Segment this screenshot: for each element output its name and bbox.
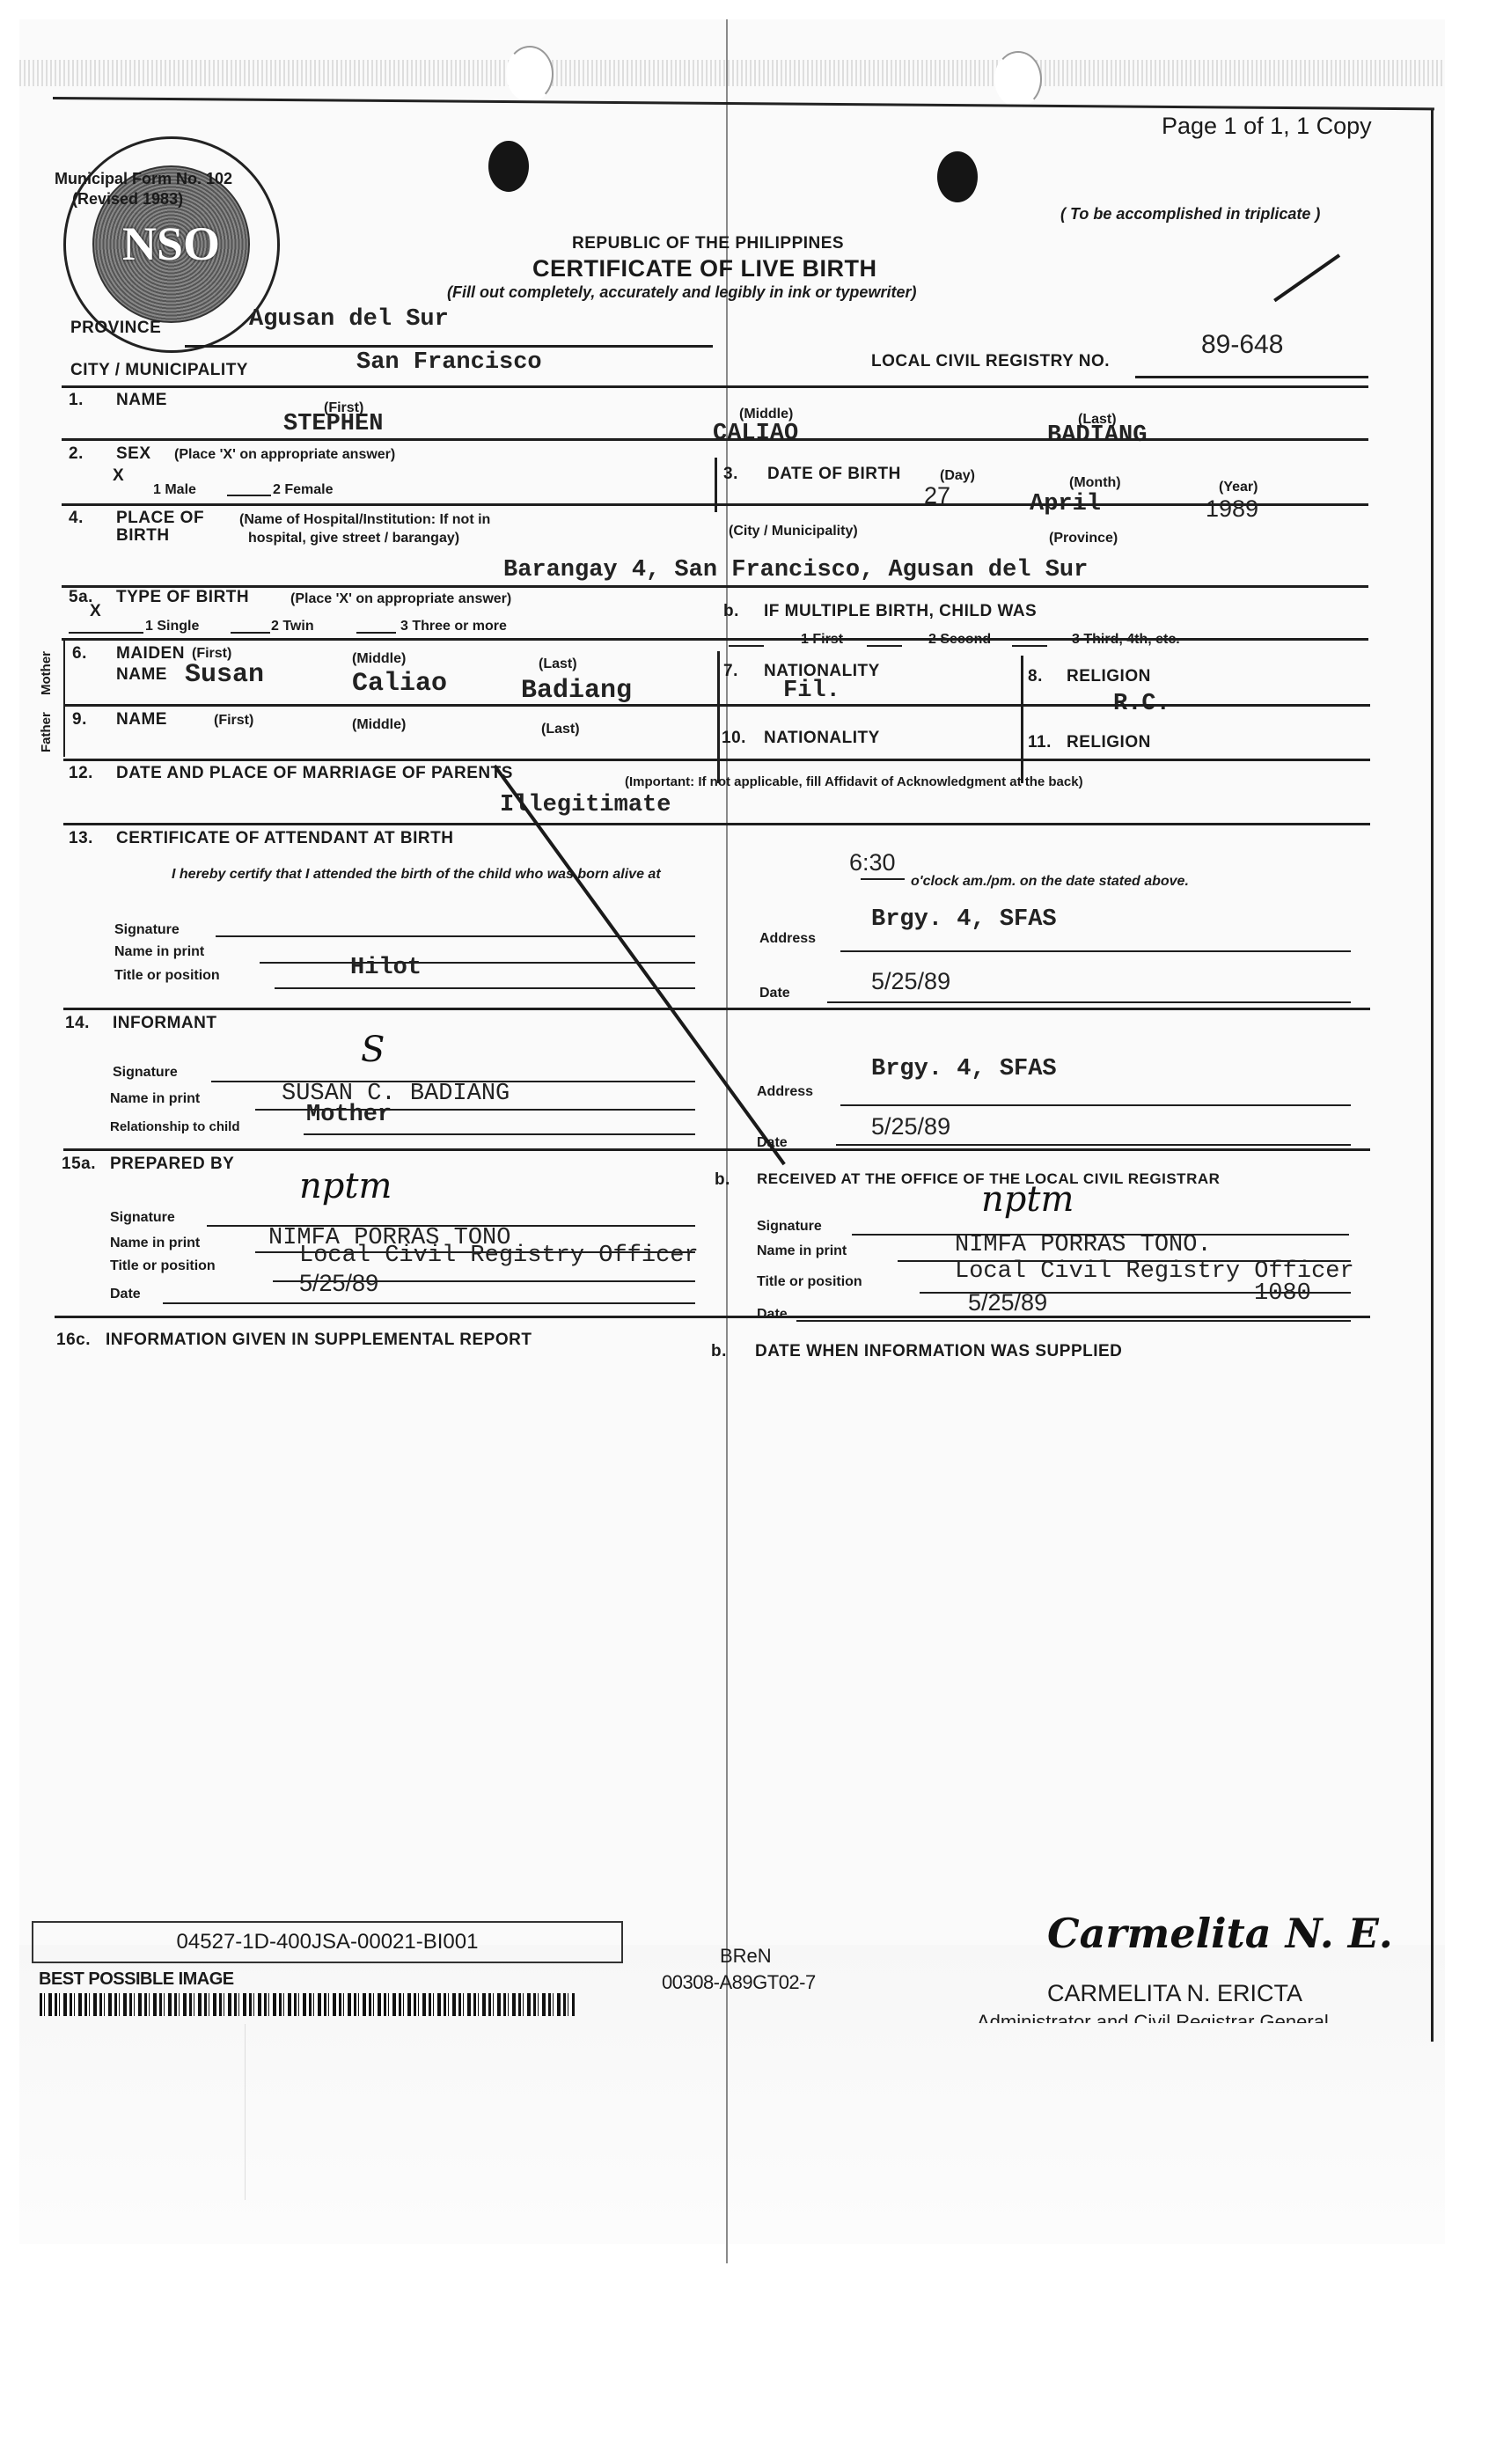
attendant-name-line [260, 962, 695, 964]
type-option-twin[interactable]: 2 Twin [271, 619, 314, 634]
city-value[interactable]: San Francisco [356, 349, 542, 376]
attendant-signature-line [216, 935, 695, 937]
row-divider [63, 704, 1370, 707]
prepared-by-label: PREPARED BY [110, 1155, 234, 1174]
preparer-date-label: Date [110, 1287, 141, 1302]
mother-side-label: Mother [39, 651, 54, 695]
supplemental-label: INFORMATION GIVEN IN SUPPLEMENTAL REPORT [106, 1331, 532, 1350]
attendant-title[interactable]: Hilot [350, 955, 422, 981]
row-divider [55, 1316, 1370, 1318]
second-blank [867, 645, 902, 647]
type-of-birth-label: TYPE OF BIRTH [116, 588, 249, 607]
type-option-single[interactable]: 1 Single [145, 619, 199, 634]
field-16b-number: b. [711, 1342, 727, 1361]
sex-option-male[interactable]: 1 Male [153, 482, 196, 498]
registry-label: LOCAL CIVIL REGISTRY NO. [871, 352, 1110, 371]
field-5b-number: b. [723, 602, 739, 621]
row-divider [62, 638, 1368, 641]
field-4-number: 4. [69, 509, 84, 528]
registrar-date[interactable]: 5/25/89 [968, 1289, 1047, 1316]
pob-label-2: BIRTH [116, 526, 170, 546]
father-first-caption: (First) [214, 713, 253, 729]
administrator-signature: Carmelita N. E. [1047, 1910, 1393, 1957]
fold-line-faint [245, 2024, 246, 2200]
ink-blot-right [937, 151, 978, 202]
field-9-number: 9. [72, 710, 87, 730]
attendant-address[interactable]: Brgy. 4, SFAS [871, 906, 1057, 933]
sex-female-blank [227, 495, 271, 496]
row-divider [63, 823, 1370, 825]
preparer-signature: nptm [299, 1166, 392, 1206]
province-value[interactable]: Agusan del Sur [249, 306, 449, 333]
row-divider [62, 438, 1368, 441]
scan-noise-band [19, 60, 1445, 86]
province-line [185, 345, 713, 348]
bren-number: 00308-A89GT02-7 [662, 1971, 816, 1994]
pob-province-caption: (Province) [1049, 531, 1118, 546]
field-15b-number: b. [715, 1170, 730, 1190]
row-divider [63, 759, 1370, 761]
certificate-title: CERTIFICATE OF LIVE BIRTH [532, 255, 877, 282]
sex-label: SEX [116, 444, 151, 464]
attendant-statement-end: o'clock am./pm. on the date stated above… [911, 874, 1189, 890]
preparer-signature-label: Signature [110, 1210, 175, 1226]
row-divider [62, 385, 1368, 388]
child-middle-name[interactable]: CALIAO [713, 421, 798, 447]
row-divider [63, 1008, 1370, 1010]
type-of-birth-hint: (Place 'X' on appropriate answer) [290, 591, 511, 607]
place-of-birth-value[interactable]: Barangay 4, San Francisco, Agusan del Su… [503, 557, 1088, 583]
attendant-date-line [827, 1001, 1351, 1003]
ink-blot-left [488, 141, 529, 192]
fill-instruction: (Fill out completely, accurately and leg… [447, 283, 916, 302]
field-2-number: 2. [69, 444, 84, 464]
father-middle-caption: (Middle) [352, 717, 406, 733]
pob-label-1: PLACE OF [116, 509, 204, 528]
republic-heading: REPUBLIC OF THE PHILIPPINES [572, 234, 844, 253]
city-label: CITY / MUNICIPALITY [70, 361, 248, 380]
informant-date[interactable]: 5/25/89 [871, 1113, 950, 1140]
type-of-birth-mark[interactable]: X [90, 602, 101, 621]
mother-nationality[interactable]: Fil. [783, 678, 840, 704]
row-divider [63, 1148, 1370, 1151]
registrar-signature-label: Signature [757, 1219, 822, 1235]
registrar-name[interactable]: NIMFA PORRAS TONO. [955, 1232, 1212, 1258]
informant-date-line [836, 1144, 1351, 1146]
informant-signature: S [361, 1030, 385, 1070]
row-divider [62, 503, 1368, 506]
preparer-name-label: Name in print [110, 1236, 200, 1251]
field-8-number: 8. [1028, 667, 1043, 686]
name-label: NAME [116, 391, 167, 410]
dob-label: DATE OF BIRTH [767, 465, 901, 484]
field-6-number: 6. [72, 644, 87, 664]
preparer-date[interactable]: 5/25/89 [299, 1270, 378, 1297]
form-number: Municipal Form No. 102 [55, 170, 232, 188]
child-first-name[interactable]: STEPHEN [283, 411, 383, 437]
province-label: PROVINCE [70, 319, 161, 338]
dob-year-caption: (Year) [1219, 480, 1258, 495]
preparer-title-label: Title or position [110, 1258, 216, 1274]
form-right-border [1431, 110, 1434, 2042]
date-supplied-label: DATE WHEN INFORMATION WAS SUPPLIED [755, 1342, 1122, 1361]
mother-last-name[interactable]: Badiang [521, 676, 632, 706]
field-10-number: 10. [722, 729, 746, 748]
field-12-number: 12. [69, 764, 93, 783]
registry-line [1135, 376, 1368, 378]
registrar-signature: nptm [981, 1179, 1074, 1220]
sex-hint: (Place 'X' on appropriate answer) [174, 447, 395, 463]
page-indicator: Page 1 of 1, 1 Copy [1162, 113, 1372, 140]
third-blank [1012, 645, 1047, 647]
mother-last-caption: (Last) [539, 656, 577, 672]
maiden-label-1: MAIDEN [116, 644, 185, 664]
attendant-title-line [275, 987, 695, 989]
best-image-label: BEST POSSIBLE IMAGE [39, 1969, 234, 1990]
mother-middle-caption: (Middle) [352, 651, 406, 667]
father-religion-label: RELIGION [1067, 733, 1151, 752]
pob-hint-2: hospital, give street / barangay) [248, 531, 459, 546]
col-divider [1021, 656, 1023, 783]
registrar-date-label: Date [757, 1307, 788, 1323]
informant-relationship-label: Relationship to child [110, 1119, 240, 1134]
father-last-caption: (Last) [541, 722, 580, 737]
child-last-name[interactable]: BADIANG [1047, 422, 1147, 449]
control-number: 04527-1D-400JSA-00021-BI001 [177, 1930, 479, 1954]
registrar-date-line [796, 1320, 1351, 1322]
preparer-title[interactable]: Local Civil Registry Officer [299, 1243, 699, 1269]
field-14-number: 14. [65, 1014, 90, 1033]
field-11-number: 11. [1028, 733, 1052, 752]
dob-year[interactable]: 1989 [1206, 495, 1258, 523]
type-option-three[interactable]: 3 Three or more [400, 619, 507, 634]
field-3-number: 3. [723, 465, 738, 484]
attendant-address-line [840, 950, 1351, 952]
three-blank [356, 632, 396, 634]
form-revised: (Revised 1983) [72, 190, 183, 209]
registry-number[interactable]: 89-648 [1201, 330, 1283, 360]
preparer-date-line [163, 1302, 695, 1304]
attendant-title-label: Title or position [114, 968, 220, 984]
attendant-label: CERTIFICATE OF ATTENDANT AT BIRTH [116, 829, 453, 848]
seal-nso-text: NSO [94, 216, 248, 271]
attendant-statement: I hereby certify that I attended the bir… [172, 867, 661, 883]
col-divider [717, 651, 720, 783]
mother-first-name[interactable]: Susan [185, 660, 264, 690]
field-16c-number: 16c. [56, 1331, 91, 1350]
row-divider [62, 585, 1368, 588]
attendant-date-label: Date [759, 986, 790, 1001]
attendant-signature-label: Signature [114, 922, 180, 938]
mother-religion-label: RELIGION [1067, 667, 1151, 686]
attendant-name-label: Name in print [114, 944, 204, 960]
time-blank [861, 878, 905, 880]
first-blank [729, 645, 764, 647]
attendant-date[interactable]: 5/25/89 [871, 968, 950, 995]
twin-blank [231, 632, 270, 634]
informant-name-label: Name in print [110, 1091, 200, 1107]
informant-relationship-line [304, 1133, 695, 1135]
registry-stamp-number: 1080 [1254, 1280, 1311, 1307]
registrar-title-label: Title or position [757, 1274, 862, 1290]
attendant-address-label: Address [759, 931, 816, 947]
mother-middle-name[interactable]: Caliao [352, 669, 447, 699]
seal-emblem: NSO [92, 165, 250, 323]
father-nationality-label: NATIONALITY [764, 729, 880, 748]
multiple-birth-label: IF MULTIPLE BIRTH, CHILD WAS [764, 602, 1037, 621]
barcode [40, 1993, 575, 2016]
registrar-name-label: Name in print [757, 1243, 847, 1259]
pob-hint-1: (Name of Hospital/Institution: If not in [239, 512, 490, 528]
sex-option-female[interactable]: 2 Female [273, 482, 333, 498]
father-side-label: Father [39, 712, 54, 752]
administrator-name: CARMELITA N. ERICTA [1047, 1980, 1302, 2007]
bren-label: BReN [720, 1945, 772, 1968]
informant-label: INFORMANT [113, 1014, 216, 1033]
marriage-hint: (Important: If not applicable, fill Affi… [625, 774, 1083, 789]
triplicate-note: ( To be accomplished in triplicate ) [1060, 205, 1320, 224]
birth-time[interactable]: 6:30 [849, 849, 896, 876]
punch-hole-right [994, 51, 1042, 107]
field-7-number: 7. [723, 662, 738, 681]
field-1-number: 1. [69, 391, 84, 410]
maiden-label-2: NAME [116, 665, 167, 685]
field-15a-number: 15a. [62, 1155, 96, 1174]
father-name-label: NAME [116, 710, 167, 730]
administrator-title: Administrator and Civil Registrar Genera… [977, 2011, 1329, 2023]
sex-mark[interactable]: X [113, 466, 124, 486]
informant-relationship[interactable]: Mother [306, 1102, 392, 1128]
informant-address-label: Address [757, 1084, 813, 1100]
dob-month-caption: (Month) [1069, 475, 1121, 491]
single-blank [69, 632, 143, 634]
pob-city-caption: (City / Municipality) [729, 524, 858, 539]
fold-line [726, 19, 728, 2263]
punch-hole-left [506, 46, 554, 102]
informant-signature-label: Signature [113, 1065, 178, 1081]
marriage-label: DATE AND PLACE OF MARRIAGE OF PARENTS [116, 764, 513, 783]
informant-address[interactable]: Brgy. 4, SFAS [871, 1056, 1057, 1082]
control-number-box: 04527-1D-400JSA-00021-BI001 [32, 1921, 623, 1963]
parent-bracket [63, 641, 65, 757]
informant-address-line [840, 1104, 1351, 1106]
field-13-number: 13. [69, 829, 93, 848]
